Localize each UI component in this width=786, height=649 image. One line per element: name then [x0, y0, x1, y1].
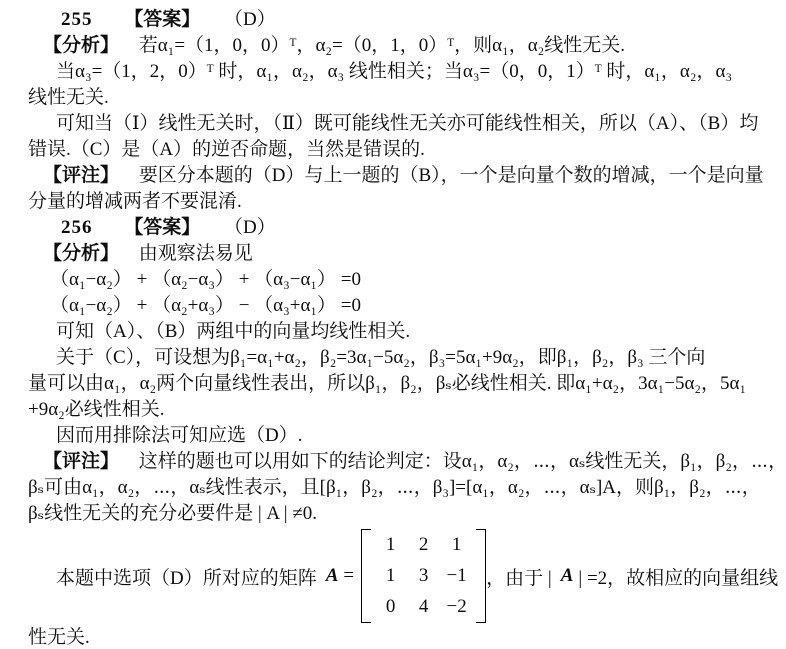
matrix-cell: −1 — [440, 563, 473, 589]
problem-number: 256 — [61, 217, 93, 238]
document-page: 255 【答案】 （D） 【分析】 若α₁=（1，0，0）ᵀ，α₂=（0，1，0… — [0, 0, 786, 649]
text-line: 线性无关. — [28, 85, 786, 111]
problem-number: 255 — [61, 9, 93, 30]
matrix-cell: 1 — [374, 563, 407, 589]
text-line: 可知当（Ⅰ）线性无关时，（Ⅱ）既可能线性无关亦可能线性相关，所以（A）、（B）均 — [28, 111, 786, 137]
matrix-bracket-right — [476, 529, 486, 623]
determinant-variable: A — [561, 565, 574, 587]
text-line: 错误.（C）是（A）的逆否命题，当然是错误的. — [28, 137, 786, 163]
answer-label: 【答案】 — [124, 9, 200, 30]
matrix-cells: 1 2 1 1 3 −1 0 4 −2 — [371, 528, 476, 624]
text-line: 因而用排除法可知应选（D）. — [28, 423, 786, 449]
matrix-cell: 4 — [407, 594, 440, 620]
matrix-cell: 2 — [407, 532, 440, 558]
equals-sign: = — [343, 565, 354, 587]
analysis-line-256: 【分析】 由观察法易见 — [28, 241, 786, 267]
analysis-label: 【分析】 — [43, 243, 119, 264]
matrix-cell: 0 — [374, 594, 407, 620]
remark-label: 【评注】 — [43, 451, 119, 472]
text-line: βₛ可由α₁，α₂，⋯，αₛ线性表示，且[β₁，β₂，⋯，β₃]=[α₁，α₂，… — [28, 475, 786, 501]
text-line: 当α₃=（1，2，0）ᵀ 时，α₁，α₂，α₃ 线性相关；当α₃=（0，0，1）… — [28, 59, 786, 85]
matrix-suffix-post: | =2，故相应的向量组线 — [578, 563, 778, 590]
answer-label: 【答案】 — [124, 217, 200, 238]
text-line: 分量的增减两者不要混淆. — [28, 189, 786, 215]
text-line: βₛ线性无关的充分必要件是 | A | ≠0. — [28, 501, 786, 527]
matrix-paragraph: 本题中选项（D）所对应的矩阵 A = 1 2 1 1 3 −1 0 4 −2 ，… — [28, 528, 786, 624]
analysis-label: 【分析】 — [43, 35, 119, 56]
problem-255-header: 255 【答案】 （D） — [28, 7, 786, 33]
analysis-line-255: 【分析】 若α₁=（1，0，0）ᵀ，α₂=（0，1，0）ᵀ，则α₁，α₂线性无关… — [28, 33, 786, 59]
matrix: 1 2 1 1 3 −1 0 4 −2 — [361, 528, 486, 624]
matrix-cell: 1 — [440, 532, 473, 558]
analysis-text: 由观察法易见 — [139, 243, 253, 264]
matrix-variable: A — [326, 565, 339, 587]
equation-line: （α₁−α₂） + （α₂+α₃） − （α₃+α₁） =0 — [28, 293, 786, 319]
text-line: 可知（A）、（B）两组中的向量均线性相关. — [28, 319, 786, 345]
matrix-cell: −2 — [440, 594, 473, 620]
matrix-suffix-pre: ，由于 | — [486, 563, 552, 590]
remark-text: 要区分本题的（D）与上一题的（B），一个是向量个数的增减，一个是向量 — [139, 165, 764, 186]
answer-value: （D） — [224, 217, 276, 238]
matrix-cell: 3 — [407, 563, 440, 589]
remark-label: 【评注】 — [43, 165, 119, 186]
analysis-text: 若α₁=（1，0，0）ᵀ，α₂=（0，1，0）ᵀ，则α₁，α₂线性无关. — [139, 35, 625, 56]
remark-text: 这样的题也可以用如下的结论判定：设α₁，α₂，⋯，αₛ线性无关，β₁，β₂，⋯， — [139, 451, 786, 472]
answer-value: （D） — [224, 9, 276, 30]
matrix-prefix-text: 本题中选项（D）所对应的矩阵 — [56, 563, 317, 590]
text-line: 性无关. — [28, 625, 786, 649]
problem-256-header: 256 【答案】 （D） — [28, 215, 786, 241]
equation-line: （α₁−α₂） + （α₂−α₃） + （α₃−α₁） =0 — [28, 267, 786, 293]
text-line: 关于（C），可设想为β₁=α₁+α₂，β₂=3α₁−5α₂，β₃=5α₁+9α₂… — [28, 345, 786, 371]
matrix-cell: 1 — [374, 532, 407, 558]
matrix-bracket-left — [361, 529, 371, 623]
text-line: 量可以由α₁，α₂两个向量线性表出，所以β₁，β₂，βₛ必线性相关. 即α₁+α… — [28, 371, 786, 397]
text-line: +9α₂必线性相关. — [28, 397, 786, 423]
remark-line-256: 【评注】 这样的题也可以用如下的结论判定：设α₁，α₂，⋯，αₛ线性无关，β₁，… — [28, 449, 786, 475]
remark-line-255: 【评注】 要区分本题的（D）与上一题的（B），一个是向量个数的增减，一个是向量 — [28, 163, 786, 189]
